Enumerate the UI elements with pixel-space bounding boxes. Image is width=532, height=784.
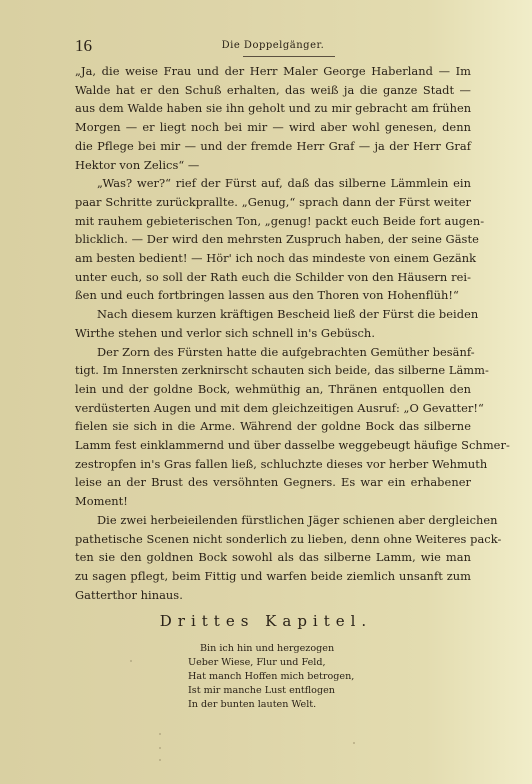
paragraph-5: Die zwei herbeieilenden fürstlichen Jäge…	[75, 511, 471, 605]
body-text: „Ja, die weise Frau und der Herr Maler G…	[75, 62, 471, 604]
text-line: Die zwei herbeieilenden fürstlichen Jäge…	[75, 511, 471, 530]
paragraph-4: Der Zorn des Fürsten hatte die aufgebrac…	[75, 343, 471, 511]
paper-speck	[159, 733, 161, 735]
text-line: „Ja, die weise Frau und der Herr Maler G…	[75, 62, 471, 81]
header-rule	[243, 56, 335, 57]
text-line: Gatterthor hinaus.	[75, 586, 471, 605]
text-line: paar Schritte zurückprallte. „Genug,“ sp…	[75, 193, 471, 212]
text-line: Moment!	[75, 492, 471, 511]
text-line: Morgen — er liegt noch bei mir — wird ab…	[75, 118, 471, 137]
text-line: Hektor von Zelics“ —	[75, 156, 471, 175]
text-line: Wirthe stehen und verlor sich schnell in…	[75, 324, 471, 343]
text-line: die Pflege bei mir — und der fremde Herr…	[75, 137, 471, 156]
paragraph-2: „Was? wer?“ rief der Fürst auf, daß das …	[75, 174, 471, 305]
text-line: fielen sie sich in die Arme. Während der…	[75, 417, 471, 436]
text-line: tigt. Im Innersten zerknirscht schauten …	[75, 361, 471, 380]
paragraph-3: Nach diesem kurzen kräftigen Bescheid li…	[75, 305, 471, 342]
text-line: am besten bedient! — Hör' ich noch das m…	[75, 249, 471, 268]
text-line: verdüsterten Augen und mit dem gleichzei…	[75, 399, 471, 418]
text-line: ten sie den goldnen Bock sowohl als das …	[75, 548, 471, 567]
book-page: 16 Die Doppelgänger. „Ja, die weise Frau…	[0, 0, 532, 784]
text-line: pathetische Scenen nicht sonderlich zu l…	[75, 530, 471, 549]
text-line: Der Zorn des Fürsten hatte die aufgebrac…	[75, 343, 471, 362]
chapter-heading: Drittes Kapitel.	[0, 612, 532, 630]
text-line: unter euch, so soll der Rath euch die Sc…	[75, 268, 471, 287]
text-line: lein und der goldne Bock, wehmüthig an, …	[75, 380, 471, 399]
chapter-epigraph: Bin ich hin und hergezogen Ueber Wiese, …	[188, 642, 428, 712]
epigraph-line: Bin ich hin und hergezogen	[188, 642, 428, 656]
text-line: aus dem Walde haben sie ihn geholt und z…	[75, 99, 471, 118]
text-line: „Was? wer?“ rief der Fürst auf, daß das …	[75, 174, 471, 193]
text-line: zestropfen in's Gras fallen ließ, schluc…	[75, 455, 471, 474]
text-line: zu sagen pflegt, beim Fittig und warfen …	[75, 567, 471, 586]
text-line: blicklich. — Der wird den mehrsten Zuspr…	[75, 230, 471, 249]
text-line: Walde hat er den Schuß erhalten, das wei…	[75, 81, 471, 100]
epigraph-line: Ist mir manche Lust entflogen	[188, 684, 428, 698]
epigraph-line: Ueber Wiese, Flur und Feld,	[188, 656, 428, 670]
text-line: Nach diesem kurzen kräftigen Bescheid li…	[75, 305, 471, 324]
paper-speck	[353, 742, 355, 744]
text-line: leise an der Brust des versöhnten Gegner…	[75, 473, 471, 492]
text-line: mit rauhem gebieterischen Ton, „genug! p…	[75, 212, 471, 231]
epigraph-line: Hat manch Hoffen mich betrogen,	[188, 670, 428, 684]
paper-speck	[159, 747, 161, 749]
paper-speck	[159, 759, 161, 761]
epigraph-line: In der bunten lauten Welt.	[188, 698, 428, 712]
text-line: ßen und euch fortbringen lassen aus den …	[75, 286, 471, 305]
paragraph-1: „Ja, die weise Frau und der Herr Maler G…	[75, 62, 471, 174]
paper-speck	[130, 660, 132, 662]
text-line: Lamm fest einklammernd und über dasselbe…	[75, 436, 471, 455]
running-title: Die Doppelgänger.	[75, 40, 471, 51]
